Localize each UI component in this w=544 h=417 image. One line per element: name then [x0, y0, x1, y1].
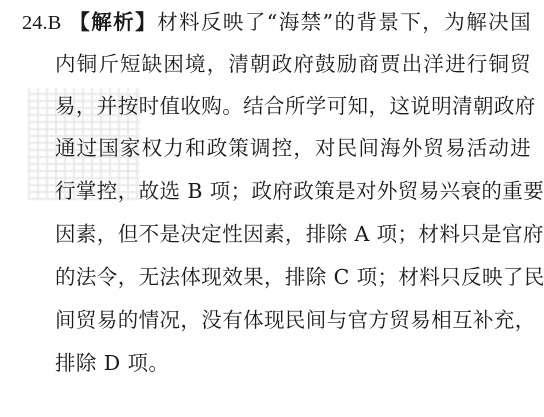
analysis-tag: 【解析】 [69, 10, 157, 34]
answer-letter: B [48, 12, 62, 34]
explanation-line-3: 易，并按时值收购。结合所学可知，这说明清朝政府 [55, 94, 531, 118]
explanation-line-9: 排除 D 项。 [55, 351, 531, 375]
explanation-text: 材料反映了“海禁”的背景下，为解决国 [157, 10, 531, 34]
explanation-line-7: 的法令，无法体现效果，排除 C 项；材料只反映了民 [55, 265, 531, 289]
explanation-line-2: 内铜斤短缺困境，清朝政府鼓励商贾出洋进行铜贸 [55, 52, 531, 76]
explanation-line-8: 间贸易的情况，没有体现民间与官方贸易相互补充， [55, 308, 531, 332]
explanation-line-6: 因素，但不是决定性因素，排除 A 项；材料只是官府 [55, 222, 531, 246]
explanation-line-1: 24.B 【解析】材料反映了“海禁”的背景下，为解决国 [22, 10, 531, 35]
explanation-line-4: 通过国家权力和政策调控，对民间海外贸易活动进 [55, 136, 531, 160]
explanation-line-5: 行掌控，故选 B 项；政府政策是对外贸易兴衰的重要 [55, 179, 531, 203]
question-number: 24. [22, 12, 48, 34]
